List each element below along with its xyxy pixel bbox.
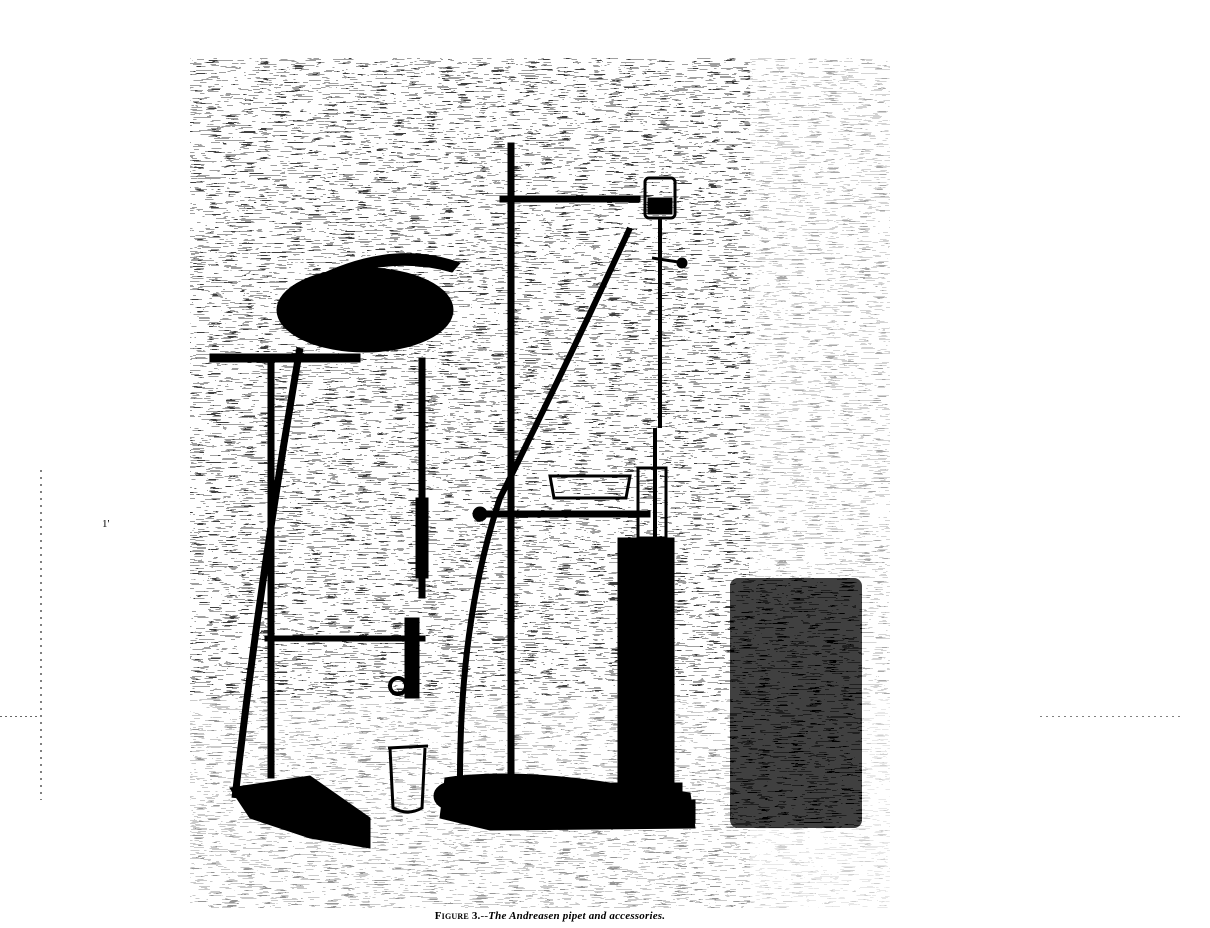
apparatus-photo-illustration xyxy=(190,58,890,908)
figure-caption: Figure 3.--The Andreasen pipet and acces… xyxy=(340,910,760,922)
scan-artifact-vertical xyxy=(40,470,42,800)
figure-photograph xyxy=(190,58,890,908)
caption-text: The Andreasen pipet and accessories. xyxy=(488,910,665,922)
scan-artifact-horizontal-left xyxy=(0,716,40,717)
figure-label: Figure 3. xyxy=(435,910,481,922)
scan-artifact-horizontal-right xyxy=(1040,716,1180,717)
margin-mark: 1' xyxy=(102,518,109,530)
cylindrical-container xyxy=(730,578,862,828)
scanned-page: 1' xyxy=(0,0,1210,928)
